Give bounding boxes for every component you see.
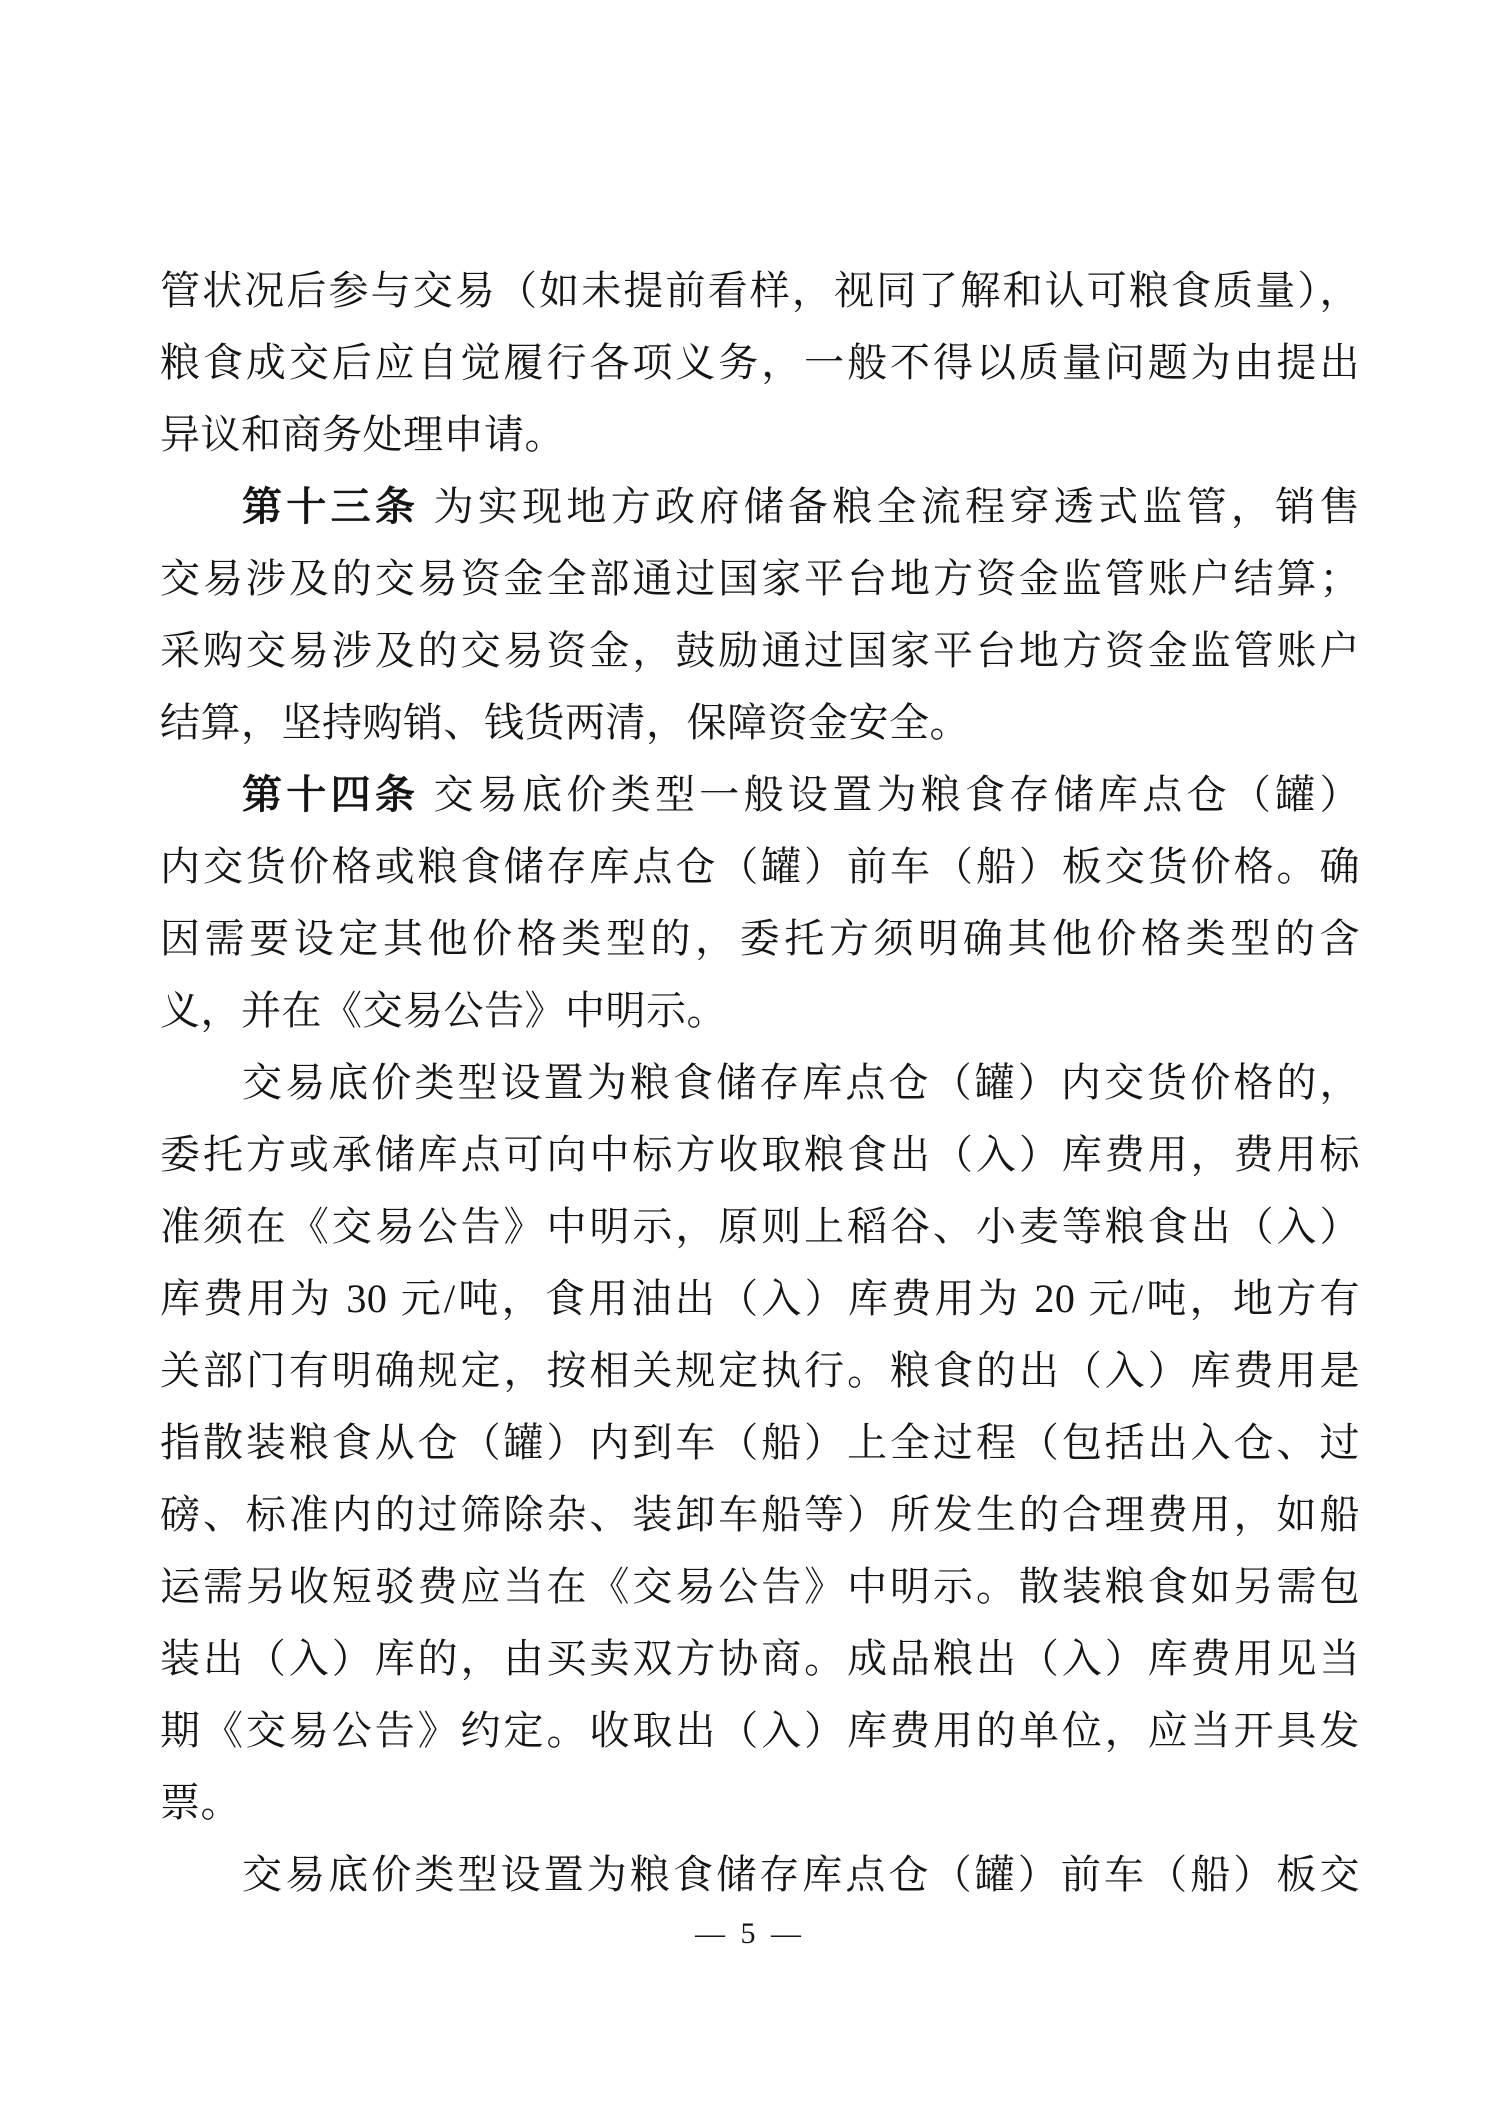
document-body: 管状况后参与交易（如未提前看样，视同了解和认可粮食质量），粮食成交后应自觉履行各…: [160, 255, 1360, 1911]
text-line: 指散装粮食从仓（罐）内到车（船）上全过程（包括出入仓、过: [160, 1407, 1360, 1479]
text-segment: 采购交易涉及的交易资金，鼓励通过国家平台地方资金监管账户: [160, 628, 1360, 673]
text-line: 采购交易涉及的交易资金，鼓励通过国家平台地方资金监管账户: [160, 615, 1360, 687]
text-line: 委托方或承储库点可向中标方收取粮食出（入）库费用，费用标: [160, 1119, 1360, 1191]
text-segment: 交易底价类型一般设置为粮食存储库点仓（罐）: [419, 772, 1360, 817]
para-continuation-next-page: 交易底价类型设置为粮食储存库点仓（罐）前车（船）板交: [160, 1839, 1360, 1911]
text-segment: 管状况后参与交易（如未提前看样，视同了解和认可粮食质量），: [160, 268, 1360, 313]
text-segment: 交易底价类型设置为粮食储存库点仓（罐）内交货价格的，: [242, 1060, 1360, 1105]
text-line: 票。: [160, 1767, 1360, 1839]
text-line: 义，并在《交易公告》中明示。: [160, 975, 1360, 1047]
text-line: 第十四条 交易底价类型一般设置为粮食存储库点仓（罐）: [160, 759, 1360, 831]
text-segment: 准须在《交易公告》中明示，原则上稻谷、小麦等粮食出（入）: [160, 1204, 1360, 1249]
text-line: 因需要设定其他价格类型的，委托方须明确其他价格类型的含: [160, 903, 1360, 975]
text-segment: 装出（入）库的，由买卖双方协商。成品粮出（入）库费用见当: [160, 1636, 1360, 1681]
text-line: 装出（入）库的，由买卖双方协商。成品粮出（入）库费用见当: [160, 1623, 1360, 1695]
para-warehouse-fees: 交易底价类型设置为粮食储存库点仓（罐）内交货价格的，委托方或承储库点可向中标方收…: [160, 1047, 1360, 1839]
text-segment: 结算，坚持购销、钱货两清，保障资金安全。: [160, 700, 970, 745]
text-segment: 磅、标准内的过筛除杂、装卸车船等）所发生的合理费用，如船: [160, 1492, 1360, 1537]
text-line: 期《交易公告》约定。收取出（入）库费用的单位，应当开具发: [160, 1695, 1360, 1767]
text-line: 运需另收短驳费应当在《交易公告》中明示。散装粮食如另需包: [160, 1551, 1360, 1623]
text-line: 管状况后参与交易（如未提前看样，视同了解和认可粮食质量），: [160, 255, 1360, 327]
article-number-label: 第十四条: [242, 772, 419, 817]
text-segment: 交易涉及的交易资金全部通过国家平台地方资金监管账户结算；: [160, 556, 1360, 601]
text-segment: 关部门有明确规定，按相关规定执行。粮食的出（入）库费用是: [160, 1348, 1360, 1393]
text-segment: 指散装粮食从仓（罐）内到车（船）上全过程（包括出入仓、过: [160, 1420, 1360, 1465]
text-segment: 义，并在《交易公告》中明示。: [160, 988, 727, 1033]
text-line: 第十三条 为实现地方政府储备粮全流程穿透式监管，销售: [160, 471, 1360, 543]
text-segment: 交易底价类型设置为粮食储存库点仓（罐）前车（船）板交: [242, 1852, 1360, 1897]
text-segment: 异议和商务处理申请。: [160, 412, 565, 457]
text-segment: 内交货价格或粮食储存库点仓（罐）前车（船）板交货价格。确: [160, 844, 1360, 889]
article-number-label: 第十三条: [242, 484, 419, 529]
text-line: 交易涉及的交易资金全部通过国家平台地方资金监管账户结算；: [160, 543, 1360, 615]
text-line: 磅、标准内的过筛除杂、装卸车船等）所发生的合理费用，如船: [160, 1479, 1360, 1551]
text-segment: 票。: [160, 1780, 241, 1825]
text-segment: 委托方或承储库点可向中标方收取粮食出（入）库费用，费用标: [160, 1132, 1360, 1177]
text-line: 交易底价类型设置为粮食储存库点仓（罐）前车（船）板交: [160, 1839, 1360, 1911]
text-line: 准须在《交易公告》中明示，原则上稻谷、小麦等粮食出（入）: [160, 1191, 1360, 1263]
text-segment: 粮食成交后应自觉履行各项义务，一般不得以质量问题为由提出: [160, 340, 1360, 385]
text-line: 内交货价格或粮食储存库点仓（罐）前车（船）板交货价格。确: [160, 831, 1360, 903]
text-segment: 运需另收短驳费应当在《交易公告》中明示。散装粮食如另需包: [160, 1564, 1360, 1609]
text-line: 交易底价类型设置为粮食储存库点仓（罐）内交货价格的，: [160, 1047, 1360, 1119]
para-article-13: 第十三条 为实现地方政府储备粮全流程穿透式监管，销售交易涉及的交易资金全部通过国…: [160, 471, 1360, 759]
text-segment: 因需要设定其他价格类型的，委托方须明确其他价格类型的含: [160, 916, 1360, 961]
text-line: 异议和商务处理申请。: [160, 399, 1360, 471]
page-number: — 5 —: [0, 1912, 1500, 1956]
document-page: 管状况后参与交易（如未提前看样，视同了解和认可粮食质量），粮食成交后应自觉履行各…: [0, 0, 1500, 2121]
para-continuation-quality: 管状况后参与交易（如未提前看样，视同了解和认可粮食质量），粮食成交后应自觉履行各…: [160, 255, 1360, 471]
text-segment: 为实现地方政府储备粮全流程穿透式监管，销售: [419, 484, 1360, 529]
text-segment: 期《交易公告》约定。收取出（入）库费用的单位，应当开具发: [160, 1708, 1360, 1753]
text-line: 关部门有明确规定，按相关规定执行。粮食的出（入）库费用是: [160, 1335, 1360, 1407]
text-line: 粮食成交后应自觉履行各项义务，一般不得以质量问题为由提出: [160, 327, 1360, 399]
text-line: 结算，坚持购销、钱货两清，保障资金安全。: [160, 687, 1360, 759]
text-line: 库费用为 30 元/吨，食用油出（入）库费用为 20 元/吨，地方有: [160, 1263, 1360, 1335]
text-segment: 库费用为 30 元/吨，食用油出（入）库费用为 20 元/吨，地方有: [160, 1276, 1360, 1321]
para-article-14: 第十四条 交易底价类型一般设置为粮食存储库点仓（罐）内交货价格或粮食储存库点仓（…: [160, 759, 1360, 1047]
